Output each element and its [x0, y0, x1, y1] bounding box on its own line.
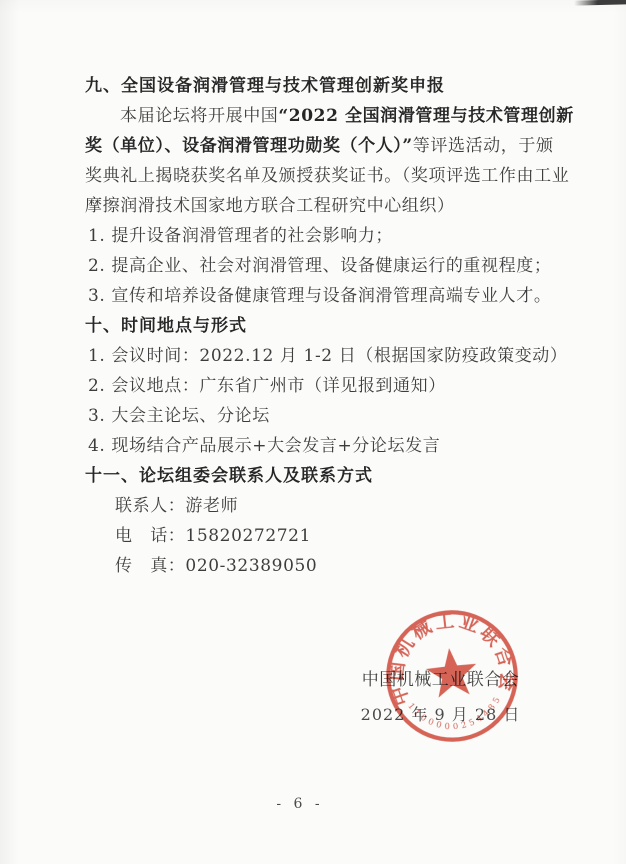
award-title-bold: 奖（单位）、设备润滑管理功勋奖（个人）”: [85, 136, 413, 156]
seal-star-icon: [424, 646, 479, 699]
logistics-item-forums: 3. 大会主论坛、分论坛: [85, 401, 596, 431]
section-10-heading-text: 十、时间地点与形式: [85, 316, 247, 336]
contact-phone-line: 电 话：15820272721: [85, 521, 596, 551]
paragraph-text: 摩擦润滑技术国家地方联合工程研究中心组织）: [85, 196, 455, 216]
award-benefit-item: 1. 提升设备润滑管理者的社会影响力；: [85, 221, 596, 251]
list-item-text: 3. 大会主论坛、分论坛: [88, 406, 270, 426]
scanned-document-page: 九、全国设备润滑管理与技术管理创新奖申报 本届论坛将开展中国“2022 全国润滑…: [0, 0, 626, 864]
paragraph-text: 本届论坛将开展中国: [120, 106, 278, 126]
contact-label: 电 话：: [115, 526, 185, 546]
paragraph-text: 奖典礼上揭晓获奖名单及颁授获奖证书。（奖项评选工作由工业: [85, 166, 569, 186]
list-item-text: 1. 会议时间：2022.12 月 1-2 日（根据国家防疫政策变动）: [88, 346, 568, 366]
section-9-heading: 九、全国设备润滑管理与技术管理创新奖申报: [85, 71, 596, 101]
award-benefit-item: 2. 提高企业、社会对润滑管理、设备健康运行的重视程度；: [85, 251, 596, 281]
paragraph-text: 等评选活动，于颁: [413, 136, 554, 156]
document-body: 九、全国设备润滑管理与技术管理创新奖申报 本届论坛将开展中国“2022 全国润滑…: [85, 71, 596, 581]
logistics-item-format: 4. 现场结合产品展示+大会发言+分论坛发言: [85, 431, 596, 461]
section-10-heading: 十、时间地点与形式: [85, 311, 596, 341]
paragraph-line: 奖典礼上揭晓获奖名单及颁授获奖证书。（奖项评选工作由工业: [85, 161, 596, 191]
award-title-bold: “2022 全国润滑管理与技术管理创新: [278, 106, 573, 126]
page-number: - 6 -: [0, 796, 600, 812]
list-item-text: 3. 宣传和培养设备健康管理与设备润滑管理高端专业人才。: [88, 286, 551, 306]
list-item-text: 2. 提高企业、社会对润滑管理、设备健康运行的重视程度；: [88, 256, 551, 276]
contact-fax-line: 传 真：020-32389050: [85, 551, 596, 581]
section-11-heading: 十一、论坛组委会联系人及联系方式: [85, 461, 596, 491]
logistics-item-time: 1. 会议时间：2022.12 月 1-2 日（根据国家防疫政策变动）: [85, 341, 596, 371]
section-11-heading-text: 十一、论坛组委会联系人及联系方式: [85, 466, 373, 486]
logistics-item-place: 2. 会议地点：广东省广州市（详见报到通知）: [85, 371, 596, 401]
contact-person-name: 游老师: [185, 496, 238, 516]
official-seal: 中国机械工业联合会 1100000254485: [375, 599, 529, 753]
contact-label: 传 真：: [115, 556, 185, 576]
paragraph-line: 本届论坛将开展中国“2022 全国润滑管理与技术管理创新: [85, 101, 596, 131]
list-item-text: 2. 会议地点：广东省广州市（详见报到通知）: [88, 376, 446, 396]
paragraph-line: 奖（单位）、设备润滑管理功勋奖（个人）”等评选活动，于颁: [85, 131, 596, 161]
section-9-heading-text: 九、全国设备润滑管理与技术管理创新奖申报: [85, 76, 445, 96]
list-item-text: 4. 现场结合产品展示+大会发言+分论坛发言: [88, 436, 440, 456]
contact-phone-number: 15820272721: [185, 526, 311, 546]
scan-artifact: [574, 0, 626, 6]
list-item-text: 1. 提升设备润滑管理者的社会影响力；: [88, 226, 393, 246]
contact-fax-number: 020-32389050: [185, 556, 317, 576]
paragraph-line: 摩擦润滑技术国家地方联合工程研究中心组织）: [85, 191, 596, 221]
contact-person-line: 联系人：游老师: [85, 491, 596, 521]
contact-label: 联系人：: [115, 496, 185, 516]
award-benefit-item: 3. 宣传和培养设备健康管理与设备润滑管理高端专业人才。: [85, 281, 596, 311]
